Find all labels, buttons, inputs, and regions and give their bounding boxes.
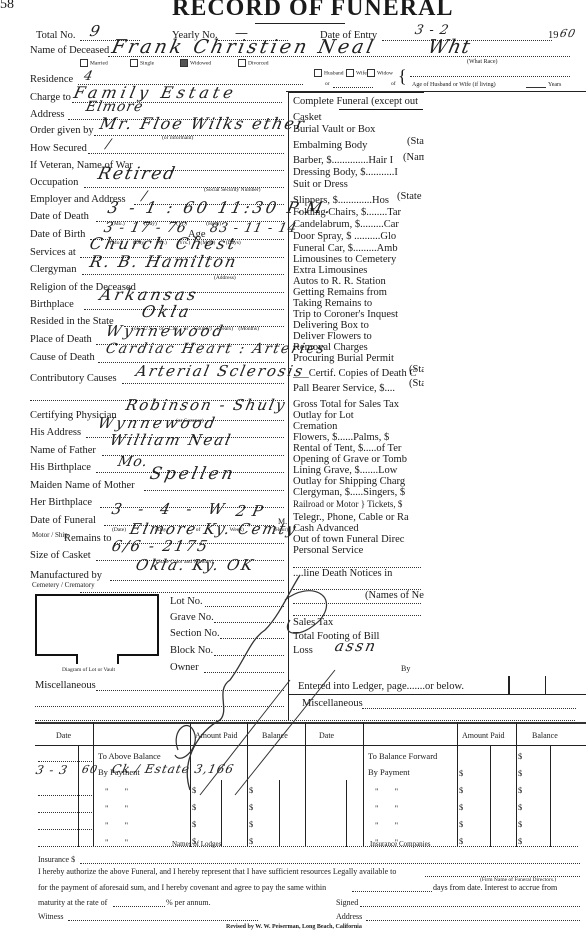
order-given-by-value[interactable]: Mr. Floe Wilks ether <box>98 116 307 132</box>
total-no-label: Total No. <box>36 31 76 42</box>
ledger-right-balance-header: Balance <box>532 732 558 740</box>
charge-item: Cremation <box>293 422 337 433</box>
race-caption: (What Race) <box>467 59 497 65</box>
occupation-value[interactable]: Retired <box>96 166 178 183</box>
checkbox-divorced[interactable]: Divorced <box>238 59 268 67</box>
birthplace-label: Birthplace <box>30 300 74 311</box>
remains-to-label: Remains to <box>64 534 112 545</box>
checkbox-widow[interactable]: Widow <box>367 69 393 77</box>
ledger-left-row: To Above Balance <box>98 752 161 761</box>
ledger-right-row: By Payment <box>368 768 410 777</box>
charge-item: Cash Advanced <box>293 524 359 535</box>
title-underline <box>255 23 345 24</box>
certifying-physician-value[interactable]: Robinson - Shuly <box>124 398 287 413</box>
address-label: Address <box>336 913 362 921</box>
his-address-label: His Address <box>30 428 81 439</box>
charge-item: Autos to R. R. Station <box>293 277 386 288</box>
charge-item: Suit or Dress <box>293 180 348 191</box>
informant-caption: (or informant) <box>162 136 193 142</box>
ledger-left-date-value[interactable]: 3 - 3 <box>35 764 70 776</box>
charge-item: Embalming Body <box>293 141 367 152</box>
charge-item: Out of town Funeral Direc <box>293 535 404 546</box>
charge-item: Extra Limousines <box>293 266 367 277</box>
name-of-father-label: Name of Father <box>30 446 96 457</box>
charge-item: Telegr., Phone, Cable or Ra <box>293 513 409 524</box>
name-of-father-value[interactable]: William Neal <box>108 433 233 448</box>
charge-item: Outlay for Lot <box>293 411 354 422</box>
charge-item: Clergyman, $.....Singers, $ <box>293 488 405 499</box>
charge-item: Candelabrum, $.........Car <box>293 220 399 231</box>
companies-caption: Insurance Companies <box>370 841 430 848</box>
contributory-causes-value[interactable]: Arterial Sclerosis <box>134 364 305 379</box>
signed-line[interactable] <box>360 906 580 907</box>
ledger-left-year-value[interactable]: 60 <box>81 764 99 775</box>
checkbox-husband[interactable]: Husband <box>314 69 344 77</box>
checkbox-wife[interactable]: Wife <box>346 69 367 77</box>
charge-item: Barber, $..............Hair I <box>293 156 393 167</box>
mother-maiden-name-value[interactable]: Spellen <box>148 466 237 483</box>
witness-line[interactable] <box>68 920 258 921</box>
residence-value[interactable]: 4 <box>83 70 95 83</box>
paid-signature-overlay <box>160 560 340 800</box>
spouse-of: of <box>391 82 396 88</box>
total-no-value[interactable]: 9 <box>88 24 102 39</box>
date-of-funeral-value[interactable]: 3 - 4 - W <box>110 502 231 517</box>
cause-of-death-label: Cause of Death <box>30 353 95 364</box>
charge-to-label: Charge to <box>30 93 71 104</box>
funeral-hour-value[interactable]: 2 P <box>234 504 265 519</box>
ledger-right-row: " " <box>375 804 398 813</box>
loss-value[interactable]: assn <box>333 639 378 654</box>
charge-item: Pall Bearer Service, $.... <box>293 384 395 395</box>
his-address-value[interactable]: Wynnewood <box>96 416 218 431</box>
how-secured-label: How Secured <box>30 144 87 155</box>
charge-item: Door Spray, $ ..........Glo <box>293 232 396 243</box>
ledger-left-row: " " <box>105 787 128 796</box>
charge-item: Getting Remains from <box>293 288 387 299</box>
complete-funeral-header: Complete Funeral (except out <box>293 97 418 108</box>
charge-item: ___Certif. Copies of Death C <box>293 369 416 380</box>
years-caption: Years <box>548 82 561 88</box>
clergyman-value[interactable]: R. B. Hamilton <box>88 254 239 270</box>
his-birthplace-value[interactable]: Mo. <box>117 455 150 469</box>
name-of-deceased-label: Name of Deceased <box>30 46 109 57</box>
resided-label: Resided in the State <box>30 317 114 328</box>
charge-item: Lining Grave, $.......Low <box>293 466 397 477</box>
signed-label: Signed <box>336 899 358 907</box>
charge-item: Burial Vault or Box <box>293 125 375 136</box>
authorize-text: I hereby authorize the above Funeral, an… <box>38 868 396 876</box>
remains-to-value[interactable]: Elmore Ky. Cemty <box>128 522 298 537</box>
charge-item: Rental of Tent, $.....of Ter <box>293 444 401 455</box>
charge-item: Flowers, $......Palms, $ <box>293 433 389 444</box>
charge-item: Procuring Burial Permit <box>293 354 394 365</box>
date-of-funeral-label: Date of Funeral <box>30 516 96 527</box>
resided-value[interactable]: Okla <box>140 304 193 320</box>
date-of-birth-value[interactable]: 3 - 17 - 76 <box>103 221 189 235</box>
charge-item: Delivering Box to <box>293 321 369 332</box>
lodges-caption: Names of Lodges <box>172 841 221 849</box>
witness-label: Witness <box>38 913 63 921</box>
services-at-label: Services at <box>30 248 76 259</box>
clergyman-label: Clergyman <box>30 265 76 276</box>
diagram-caption: Diagram of Lot or Vault <box>62 668 115 674</box>
place-of-death-value[interactable]: Wynnewood <box>104 324 226 339</box>
size-of-casket-value[interactable]: 6/6 - 2175 <box>110 539 210 554</box>
insurance-label: Insurance $ <box>38 856 75 864</box>
charge-item: Outlay for Shipping Charg <box>293 477 405 488</box>
manufactured-by-label: Manufactured by <box>30 571 102 582</box>
his-birthplace-label: His Birthplace <box>30 463 91 474</box>
charge-item: Dressing Body, $...........I <box>293 168 398 179</box>
place-of-death-label: Place of Death <box>30 335 92 346</box>
how-secured-value[interactable]: / <box>105 138 113 151</box>
charge-item: Taking Remains to <box>293 299 372 310</box>
ledger-right-row: " " <box>375 821 398 830</box>
order-given-by-label: Order given by <box>30 126 94 137</box>
charge-item: Gross Total for Sales Tax <box>293 400 399 411</box>
charge-item: Slippers, $.............Hos <box>293 196 389 207</box>
lot-diagram <box>35 594 159 656</box>
year-value[interactable]: 60 <box>559 28 577 39</box>
page-number: 58 <box>0 0 14 13</box>
checkbox-widowed[interactable]: Widowed <box>180 59 211 67</box>
charge-item: Limousines to Cemetery <box>293 255 396 266</box>
charge-item: Trip to Coroner's Inquest <box>293 310 398 321</box>
by-label: By <box>401 665 410 673</box>
address-value[interactable]: Elmore <box>85 100 145 114</box>
charge-item: Deliver Flowers to <box>293 332 372 343</box>
charge-item: Funeral Car, $.........Amb <box>293 244 398 255</box>
ssn-caption: (Social Security Number) <box>204 188 261 194</box>
motor-ship-caption: Motor / Ship <box>32 532 68 540</box>
percent-text: % per annum. <box>166 899 211 907</box>
ledger-right-amount-header: Amount Paid <box>462 732 504 740</box>
charge-item: Folding Chairs, $........Tar <box>293 208 401 219</box>
mother-maiden-name-label: Maiden Name of Mother <box>30 481 135 492</box>
spouse-or: or <box>325 82 330 88</box>
miscellaneous-label: Miscellaneous <box>35 681 96 692</box>
days-text: days from date. Interest to accrue from <box>433 884 557 892</box>
date-of-birth-label: Date of Birth <box>30 230 85 241</box>
checkbox-single[interactable]: Single <box>130 59 154 67</box>
size-of-casket-label: Size of Casket <box>30 551 91 562</box>
birthplace-value[interactable]: Arkansas <box>98 287 200 303</box>
charge-item: Railroad or Motor } Tickets, $ <box>293 500 402 509</box>
race-value[interactable]: Wht <box>426 38 472 57</box>
ledger-left-date-header: Date <box>56 732 71 740</box>
residence-label: Residence <box>30 75 73 86</box>
occupation-label: Occupation <box>30 178 78 189</box>
charge-item: Personal Service <box>293 546 363 557</box>
ledger-left-row: " " <box>105 804 128 813</box>
year-prefix: 19 <box>548 31 559 42</box>
charge-item: Casket <box>293 113 322 124</box>
revised-by: Revised by W. W. Peiserman, Long Beach, … <box>226 924 362 930</box>
address-label: Address <box>30 110 64 121</box>
address-line[interactable] <box>366 920 580 921</box>
name-of-deceased-value[interactable]: Frank Christien Neal <box>110 38 378 57</box>
spouse-age-caption: Age of Husband or Wife (if living) <box>412 82 496 88</box>
contributory-causes-label: Contributory Causes <box>30 374 117 385</box>
page-title: RECORD OF FUNERAL <box>172 0 453 22</box>
cemetery-crematory-label: Cemetery / Crematory <box>32 582 95 589</box>
maturity-text: maturity at the rate of <box>38 899 107 907</box>
charge-item: Opening of Grave or Tomb <box>293 455 407 466</box>
ledger-right-row: " " <box>375 787 398 796</box>
ledger-right-row: To Balance Forward <box>368 752 437 761</box>
charge-item: Removal Charges <box>293 343 368 354</box>
clergyman-address-caption: (Address) <box>214 276 236 282</box>
date-of-death-label: Date of Death <box>30 212 89 223</box>
her-birthplace-label: Her Birthplace <box>30 498 92 509</box>
payment-text: for the payment of aforesaid sum, and I … <box>38 884 326 892</box>
ledger-left-row: " " <box>105 821 128 830</box>
services-at-value[interactable]: Church Chest <box>88 236 239 252</box>
checkbox-married[interactable]: Married <box>80 59 108 67</box>
